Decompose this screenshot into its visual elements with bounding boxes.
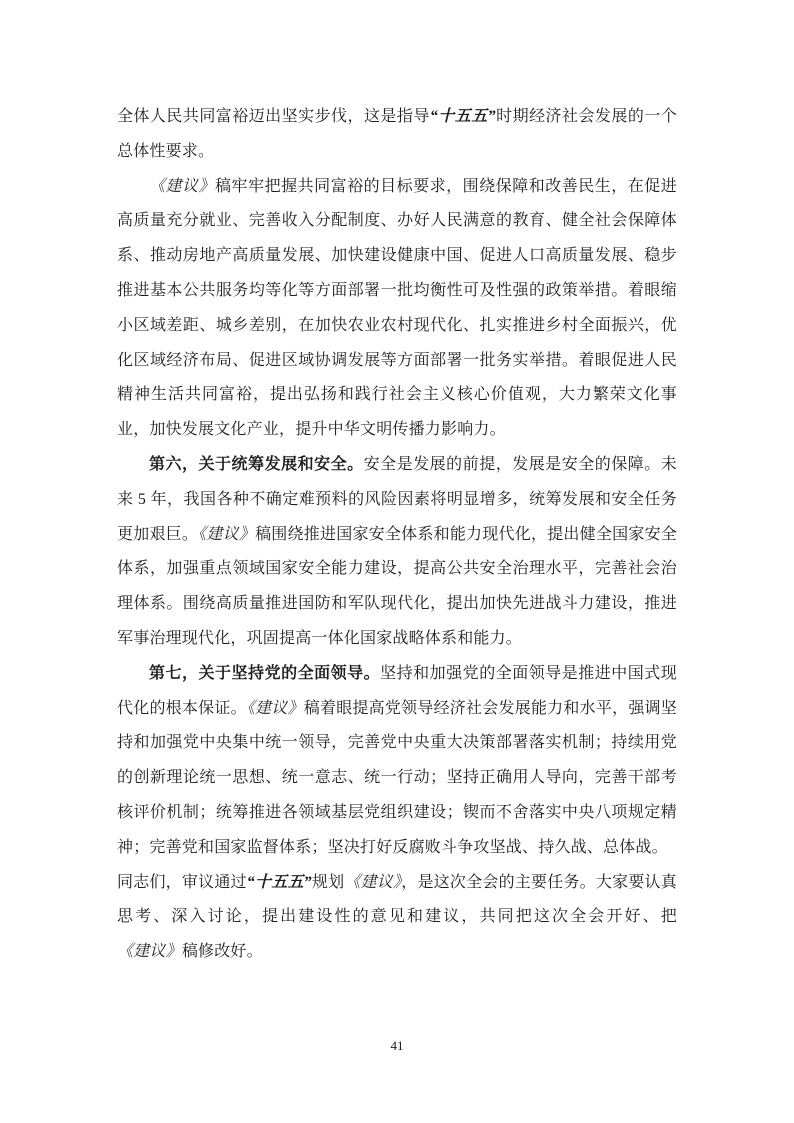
kaiti-run: 《建议》 xyxy=(149,178,215,195)
text-run: 同志们，审议通过 xyxy=(117,874,247,891)
text-run: 规划 xyxy=(312,874,344,891)
document-body: 全体人民共同富裕迈出坚实步伐，这是指导“十五五”时期经济社会发展的一个总体性要求… xyxy=(117,100,677,970)
heading-run: 第七，关于坚持党的全面领导。 xyxy=(149,665,380,682)
paragraph: 同志们，审议通过“十五五”规划《建议》，是这次全会的主要任务。大家要认真思考、深… xyxy=(117,866,677,970)
kaiti-run: “十五五” xyxy=(430,108,496,125)
text-run: 稿修改好。 xyxy=(182,943,263,960)
kaiti-run: 《建议》 xyxy=(247,700,304,717)
text-run: 全体人民共同富裕迈出坚实步伐，这是指导 xyxy=(117,108,430,125)
document-page: 全体人民共同富裕迈出坚实步伐，这是指导“十五五”时期经济社会发展的一个总体性要求… xyxy=(0,0,794,1123)
paragraph: 《建议》稿牢牢把握共同富裕的目标要求，围绕保障和改善民生，在促进高质量充分就业、… xyxy=(117,170,677,448)
paragraph: 全体人民共同富裕迈出坚实步伐，这是指导“十五五”时期经济社会发展的一个总体性要求… xyxy=(117,100,677,170)
text-run: 稿牢牢把握共同富裕的目标要求，围绕保障和改善民生，在促进高质量充分就业、完善收入… xyxy=(117,178,677,439)
paragraph: 第七，关于坚持党的全面领导。坚持和加强党的全面领导是推进中国式现代化的根本保证。… xyxy=(117,657,677,866)
heading-run: 第六，关于统筹发展和安全。 xyxy=(149,456,364,473)
kaiti-run: 《建议》 xyxy=(344,874,401,891)
kaiti-run: 《建议》 xyxy=(117,943,182,960)
text-run: 稿围绕推进国家安全体系和能力现代化，提出健全国家安全体系，加强重点领域国家安全能… xyxy=(117,526,677,647)
kaiti-run: 《建议》 xyxy=(198,526,255,543)
paragraph: 第六，关于统筹发展和安全。安全是发展的前提，发展是安全的保障。未来 5 年，我国… xyxy=(117,448,677,657)
page-number: 41 xyxy=(0,1038,794,1054)
kaiti-run: “十五五” xyxy=(247,874,312,891)
text-run: 稿着眼提高党领导经济社会发展能力和水平，强调坚持和加强党中央集中统一领导，完善党… xyxy=(117,700,677,856)
